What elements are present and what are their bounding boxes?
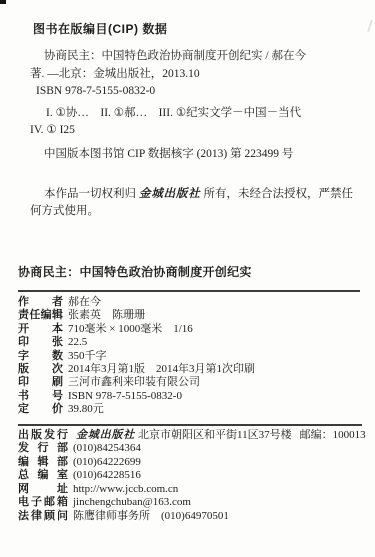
cip-class-line-1: I. ①协… II. ①郝… III. ①纪实文学－中国－当代 (30, 105, 360, 122)
cip-publication-line: 著. —北京：金城出版社，2013.10 (30, 66, 360, 84)
row-value: http://www.jccb.com.cn (73, 483, 178, 496)
cip-title-line: 协商民主：中国特色政治协商制度开创纪实 / 郝在今 (30, 48, 360, 66)
table-row-price: 定价 39.80元 (18, 403, 366, 416)
table-row-editorial-dept: 编辑部 (010)64222699 (18, 456, 370, 469)
row-label: 总编室 (18, 469, 68, 482)
row-value: 张素英 陈珊珊 (68, 309, 145, 322)
publisher-address: 北京市朝阳区和平街11区37号楼 (138, 429, 292, 441)
table-row-format: 开本 710毫米 × 1000毫米 1/16 (18, 323, 366, 336)
row-value: 郝在今 (68, 296, 101, 309)
publisher-logotype: 金城出版社 (76, 429, 135, 441)
cip-class-line-2: IV. ① I25 (30, 122, 360, 139)
row-value: 39.80元 (68, 403, 104, 416)
row-label: 编辑部 (18, 456, 68, 469)
row-label: 出版发行 (18, 429, 68, 442)
scan-corner-artifact (0, 0, 6, 4)
rights-notice-prefix: 本作品一切权利归 (44, 188, 136, 200)
cip-classification-block: I. ①协… II. ①郝… III. ①纪实文学－中国－当代 IV. ① I2… (30, 105, 360, 139)
row-value: (010)64228516 (73, 469, 141, 482)
row-label: 书号 (18, 390, 63, 403)
row-label: 作者 (18, 296, 63, 309)
cip-record-block: 协商民主：中国特色政治协商制度开创纪实 / 郝在今 著. —北京：金城出版社，2… (30, 48, 360, 101)
scan-smudge-artifact (367, 20, 373, 32)
row-label: 责任编辑 (18, 309, 63, 322)
row-label: 发行部 (18, 442, 68, 455)
rights-notice: 本作品一切权利归金城出版社所有，未经合法授权，严禁任何方式使用。 (30, 186, 362, 221)
divider-rule-bottom (18, 424, 362, 426)
row-label: 字数 (18, 350, 63, 363)
divider-rule-top (18, 290, 360, 292)
table-row-legal-counsel: 法律顾问 陈鹰律师事务所 (010)64970501 (18, 510, 370, 523)
row-value: 710毫米 × 1000毫米 1/16 (68, 323, 193, 336)
row-label: 版次 (18, 363, 63, 376)
row-label: 开本 (18, 323, 63, 336)
row-value: 陈鹰律师事务所 (010)64970501 (73, 510, 229, 523)
postcode: 邮编：100013 (300, 429, 366, 441)
table-row-chief-editor-office: 总编室 (010)64228516 (18, 469, 370, 482)
table-row-isbn: 书号 ISBN 978-7-5155-0832-0 (18, 390, 366, 403)
row-value: 22.5 (68, 336, 87, 349)
row-value: (010)64222699 (73, 456, 141, 469)
row-value: jinchengchuban@163.com (73, 496, 191, 509)
table-row-email: 电子邮箱 jinchengchuban@163.com (18, 496, 370, 509)
table-row-editor: 责任编辑 张素英 陈珊珊 (18, 309, 366, 322)
row-label: 网址 (18, 483, 68, 496)
cip-header: 图书在版编目(CIP) 数据 (33, 22, 167, 37)
table-row-sheets: 印张 22.5 (18, 336, 366, 349)
row-value: 金城出版社北京市朝阳区和平街11区37号楼邮编：100013 (73, 429, 366, 442)
table-row-author: 作者 郝在今 (18, 296, 366, 309)
row-value: 350千字 (68, 350, 107, 363)
row-value: (010)84254364 (73, 442, 141, 455)
table-row-website: 网址 http://www.jccb.com.cn (18, 483, 370, 496)
row-label: 印刷 (18, 376, 63, 389)
table-row-edition: 版次 2014年3月第1版 2014年3月第1次印刷 (18, 363, 366, 376)
publisher-logotype: 金城出版社 (139, 188, 201, 200)
cip-registry-line: 中国版本图书馆 CIP 数据核字 (2013) 第 223499 号 (44, 146, 293, 162)
row-label: 定价 (18, 403, 63, 416)
imprint-info-table: 作者 郝在今 责任编辑 张素英 陈珊珊 开本 710毫米 × 1000毫米 1/… (18, 296, 366, 417)
table-row-printer: 印刷 三河市鑫利来印装有限公司 (18, 376, 366, 389)
row-label: 印张 (18, 336, 63, 349)
row-value: 三河市鑫利来印装有限公司 (68, 376, 200, 389)
table-row-publisher: 出版发行 金城出版社北京市朝阳区和平街11区37号楼邮编：100013 (18, 429, 370, 442)
row-value: ISBN 978-7-5155-0832-0 (68, 390, 182, 403)
row-label: 电子邮箱 (18, 496, 68, 509)
cip-isbn-line: ISBN 978-7-5155-0832-0 (30, 83, 360, 101)
postcode-label: 邮编： (300, 429, 333, 441)
publisher-contact-table: 出版发行 金城出版社北京市朝阳区和平街11区37号楼邮编：100013 发行部 … (18, 429, 370, 523)
postcode-value: 100013 (333, 429, 366, 441)
table-row-distribution-dept: 发行部 (010)84254364 (18, 442, 370, 455)
row-label: 法律顾问 (18, 510, 68, 523)
book-title: 协商民主：中国特色政治协商制度开创纪实 (18, 265, 252, 280)
table-row-wordcount: 字数 350千字 (18, 350, 366, 363)
row-value: 2014年3月第1版 2014年3月第1次印刷 (68, 363, 255, 376)
